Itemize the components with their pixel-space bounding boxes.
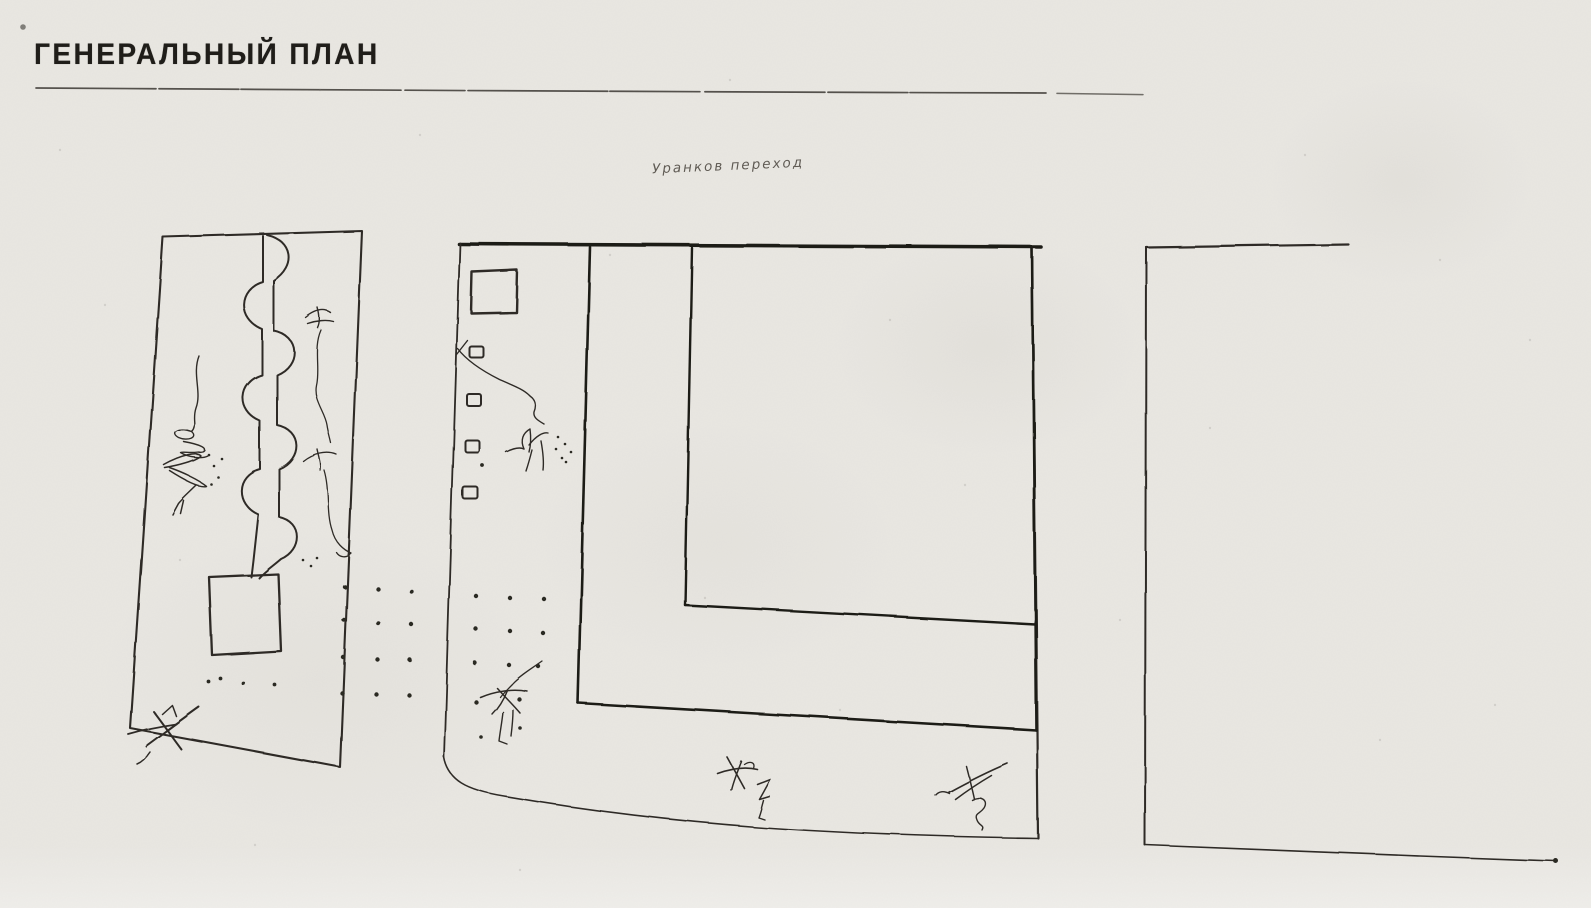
ink-blob [1554,859,1559,864]
paper-texture [0,0,1591,908]
scan-speck [20,24,26,30]
general-plan-drawing [0,0,1591,908]
right-plot-left-edge [1145,247,1146,845]
scanned-plan-page: ГЕНЕРАЛЬНЫЙ ПЛАН Уранков переход [0,0,1591,908]
